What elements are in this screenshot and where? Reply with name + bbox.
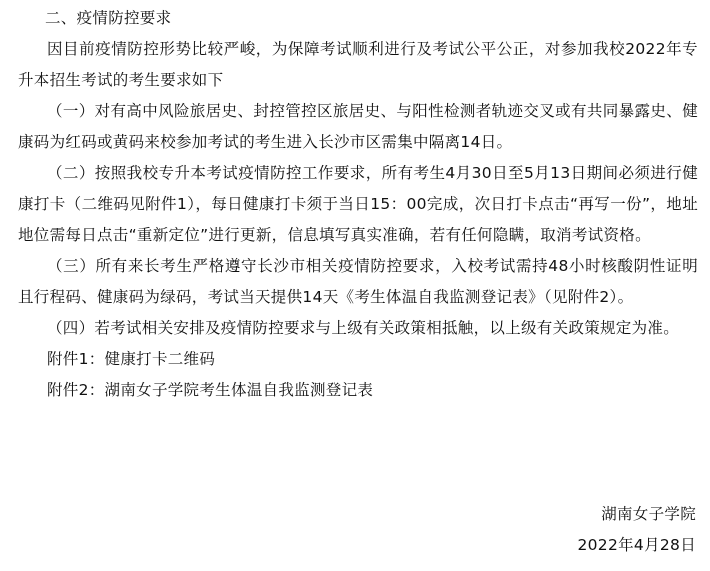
requirement-item-2: （二）按照我校专升本考试疫情防控工作要求，所有考生4月30日至5月13日期间必须… (18, 158, 698, 251)
requirement-item-3: （三）所有来长考生严格遵守长沙市相关疫情防控要求，入校考试需持48小时核酸阴性证… (18, 251, 698, 313)
intro-paragraph: 因目前疫情防控形势比较严峻，为保障考试顺利进行及考试公平公正，对参加我校2022… (18, 34, 698, 96)
attachment-1: 附件1：健康打卡二维码 (18, 344, 698, 375)
signature-organization: 湖南女子学院 (601, 499, 696, 530)
requirement-item-4: （四）若考试相关安排及疫情防控要求与上级有关政策相抵触，以上级有关政策规定为准。 (18, 313, 698, 344)
document-body: 二、疫情防控要求 因目前疫情防控形势比较严峻，为保障考试顺利进行及考试公平公正，… (18, 3, 698, 406)
requirement-item-1: （一）对有高中风险旅居史、封控管控区旅居史、与阳性检测者轨迹交叉或有共同暴露史、… (18, 96, 698, 158)
signature-date: 2022年4月28日 (577, 530, 696, 561)
attachment-2: 附件2：湖南女子学院考生体温自我监测登记表 (18, 375, 698, 406)
section-heading: 二、疫情防控要求 (18, 3, 698, 34)
